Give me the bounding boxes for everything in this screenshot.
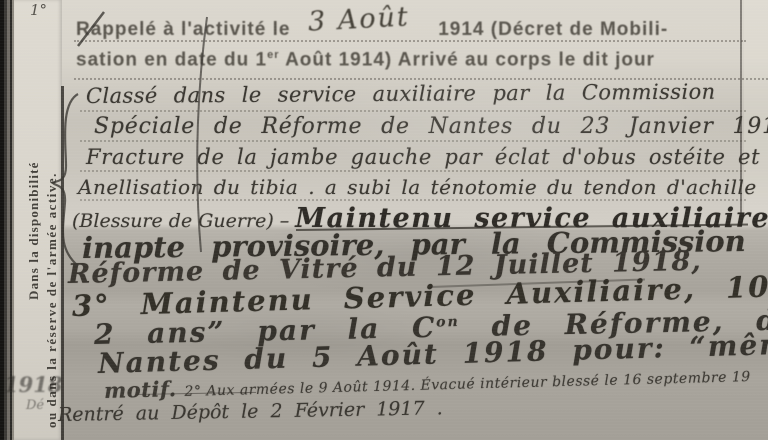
form-dotted-rule	[80, 110, 746, 112]
faint-margin-mark-2: Dé	[26, 398, 44, 413]
printed-line-2-before: sation en date du 1	[76, 49, 267, 70]
handwritten-line-11-lead: motif.	[104, 376, 177, 403]
printed-superscript: er	[267, 49, 279, 61]
handwritten-superscript: on	[436, 314, 460, 330]
handwritten-line-4: Anellisation du tibia . a subi la ténoto…	[78, 175, 757, 199]
handwritten-line-11-rest: 2° Aux armées le 9 Août 1914. Évacué int…	[184, 369, 751, 400]
military-record-scan: Dans la disponibilité ou dans la réserve…	[0, 0, 768, 440]
printed-line-2: sation en date du 1er Août 1914) Arrivé …	[76, 49, 655, 71]
printed-line-1-after: 1914 (Décret de Mobili-	[438, 19, 668, 40]
margin-label-line1: Dans la disponibilité	[26, 161, 42, 300]
item-number-marker: 1°	[30, 1, 47, 19]
printed-line-1: Rappelé à l'activité le3 Août1914 (Décre…	[76, 11, 668, 42]
form-dotted-rule	[80, 140, 746, 142]
handwritten-line-2: Spéciale de Réforme de Nantes du 23 Janv…	[94, 114, 768, 139]
printed-line-1-before: Rappelé à l'activité le	[76, 19, 290, 40]
form-dotted-rule	[80, 199, 746, 201]
handwritten-date: 3 Août	[308, 1, 411, 37]
handwritten-line-1: Classé dans le service auxiliaire par la…	[86, 80, 716, 108]
form-dotted-rule	[80, 170, 746, 172]
faint-margin-mark-1: 1918	[4, 372, 62, 397]
printed-line-2-after: Août 1914) Arrivé au corps le dit jour	[280, 49, 655, 70]
handwritten-line-3: Fracture de la jambe gauche par éclat d'…	[86, 145, 760, 169]
